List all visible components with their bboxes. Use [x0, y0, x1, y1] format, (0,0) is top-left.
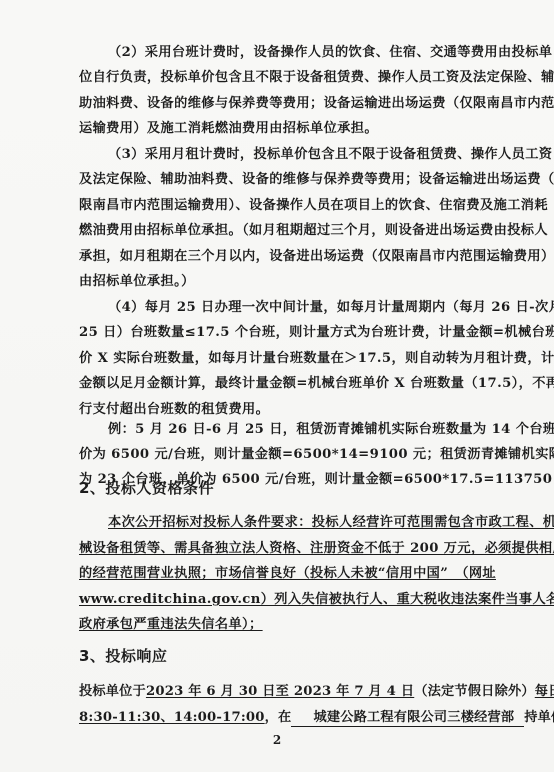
- text-line: www.creditchina.gov.cn）列入失信被执行人、重大税收违法案件…: [79, 592, 475, 608]
- office-hours: 8:30-11:30、14:00-17:00: [79, 710, 265, 725]
- text-line: 金额以足月金额计算，最终计量金额=机械台班单价 X 台班数量（17.5），不再另: [79, 376, 475, 392]
- text-line: 25 日）台班数量≤17.5 个台班，则计量方式为台班计费，计量金额=机械台班单: [79, 325, 475, 341]
- text-line: （4）每月 25 日办理一次中间计量，如每月计量周期内（每月 26 日-次月: [108, 300, 475, 316]
- text-line: （2）采用台班计费时，设备操作人员的饮食、住宿、交通等费用由投标单: [108, 45, 475, 61]
- section-heading-bid-response: 3、投标响应: [79, 645, 167, 666]
- text-line: 由招标单位承担。）: [79, 274, 475, 290]
- text-line: 助油料费、设备的维修与保养费等费用；设备运输进出场运费（仅限南昌市内范围: [79, 96, 475, 112]
- location-blank: 城建公路工程有限公司三楼经营部: [291, 710, 524, 727]
- response-prefix: 投标单位于: [79, 684, 146, 699]
- text-line: 及法定保险、辅助油料费、设备的维修与保养费等费用；设备运输进出场运费（仅: [79, 172, 475, 188]
- daily-label: 每日: [535, 684, 554, 699]
- page-number: 2: [0, 733, 554, 747]
- text-line: 位自行负责，投标单价包含且不限于设备租赁费、操作人员工资及法定保险、辅: [79, 70, 475, 86]
- text-line: （3）采用月租计费时，投标单价包含且不限于设备租赁费、操作人员工资: [108, 147, 475, 163]
- text-line: 限南昌市内范围运输费用）、设备操作人员在项目上的饮食、住宿费及施工消耗: [79, 198, 475, 214]
- text-line: 的经营范围营业执照；市场信誉良好（投标人未被“信用中国” （网址: [79, 566, 475, 582]
- text-line: 价为 6500 元/台班，则计量金额=6500*14=9100 元；租赁沥青摊铺…: [79, 447, 475, 463]
- text-line: 本次公开招标对投标人条件要求：投标人经营许可范围需包含市政工程、机: [108, 515, 475, 531]
- date-range: 2023 年 6 月 30 日至 2023 年 7 月 4 日: [146, 684, 414, 699]
- text-line: 例：5 月 26 日-6 月 25 日，租赁沥青摊铺机实际台班数量为 14 个台…: [108, 422, 475, 438]
- document-page: （2）采用台班计费时，设备操作人员的饮食、住宿、交通等费用由投标单 位自行负责，…: [0, 0, 554, 772]
- text-line: 燃油费用由招标单位承担。（如月租期超过三个月，则设备进出场运费由投标人: [79, 223, 475, 239]
- text-line: 运输费用）及施工消耗燃油费用由招标单位承担。: [79, 121, 475, 137]
- text-line: 政府承包严重违法失信名单）；: [79, 617, 475, 633]
- text-line: 行支付超出台班数的租赁费用。: [79, 402, 475, 418]
- text-line: 价 X 实际台班数量，如每月计量台班数量在＞17.5，则自动转为月租计费，计量: [79, 351, 475, 367]
- response-suffix: 持单位: [524, 710, 554, 725]
- text-line: 承担，如月租期在三个月以内，设备进出场运费（仅限南昌市内范围运输费用）: [79, 249, 475, 265]
- text-line: 8:30-11:30、14:00-17:00，在城建公路工程有限公司三楼经营部持…: [79, 710, 475, 726]
- location-separator: ，在: [265, 710, 292, 725]
- holiday-note: （法定节假日除外）: [414, 684, 535, 699]
- text-line: 投标单位于2023 年 6 月 30 日至 2023 年 7 月 4 日（法定节…: [79, 684, 475, 700]
- text-line: 械设备租赁等、需具备独立法人资格、注册资金不低于 200 万元，必须提供相应: [79, 541, 475, 557]
- section-heading-qualifications: 2、投标人资格条件: [79, 477, 214, 498]
- location: 城建公路工程有限公司三楼经营部: [313, 710, 514, 725]
